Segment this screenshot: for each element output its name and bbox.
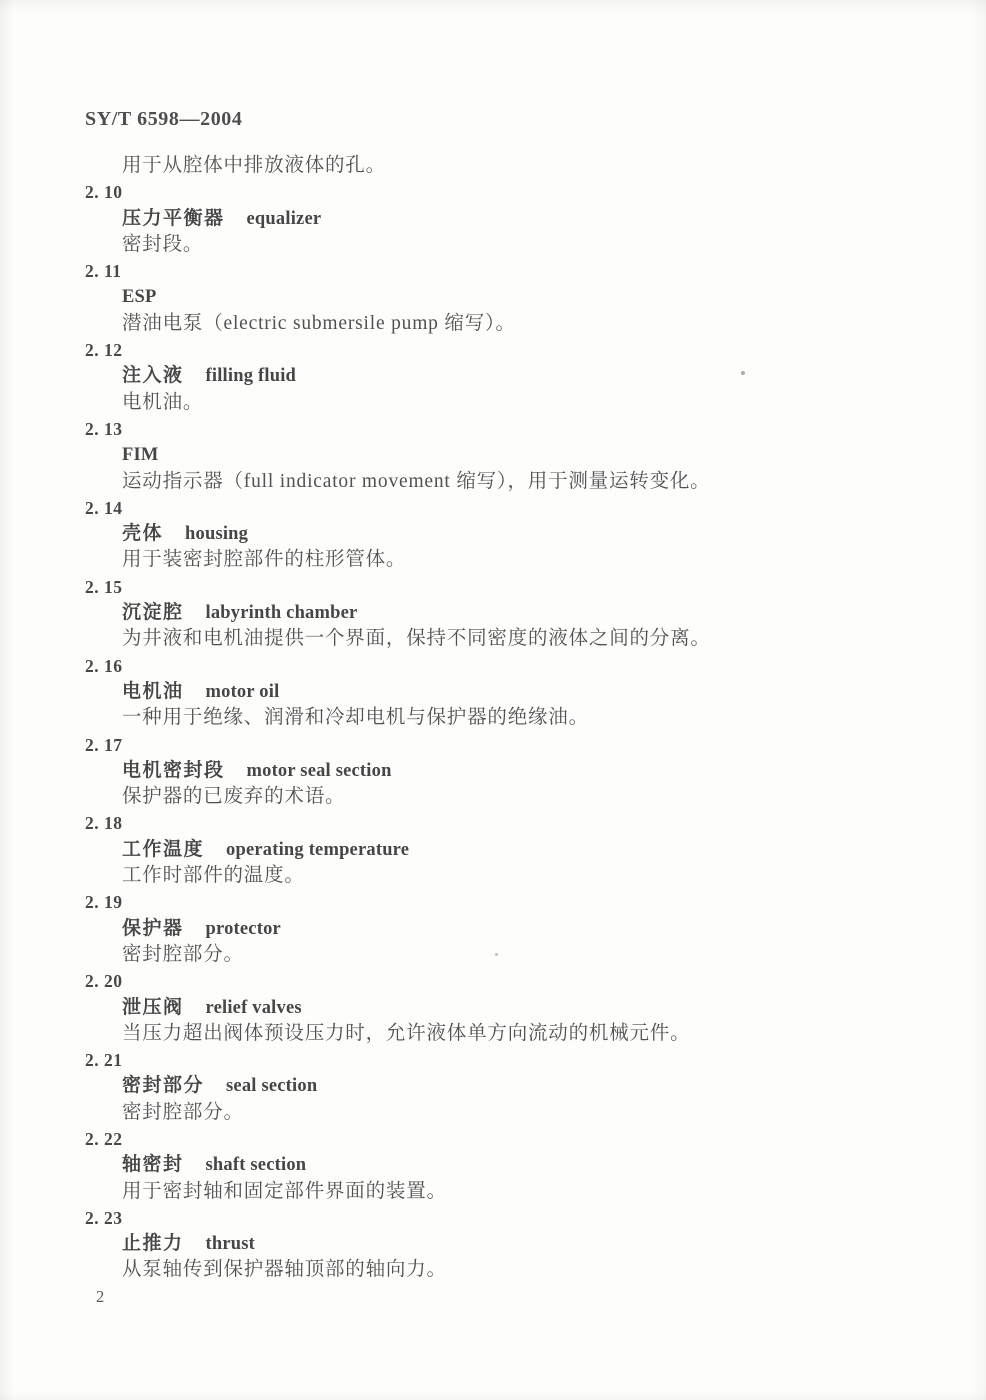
term-definition: 一种用于绝缘、润滑和冷却电机与保护器的绝缘油。 (0, 705, 986, 731)
term-definition: 工作时部件的温度。 (0, 863, 986, 889)
term-english: thrust (206, 1234, 256, 1254)
term-definition: 为井液和电机油提供一个界面，保持不同密度的液体之间的分离。 (0, 626, 986, 652)
term-line: 泄压阀relief valves (0, 995, 986, 1021)
term-line: 密封部分seal section (0, 1073, 986, 1099)
term-definition: 电机油。 (0, 390, 986, 416)
term-definition: 密封段。 (0, 232, 986, 258)
term-english: ESP (122, 287, 157, 307)
document-page: SY/T 6598—2004 用于从腔体中排放液体的孔。 2. 10 压力平衡器… (0, 0, 986, 1400)
section-number: 2. 19 (0, 889, 986, 915)
term-english: protector (206, 919, 281, 939)
term-definition: 运动指示器（full indicator movement 缩写），用于测量运转… (0, 469, 986, 495)
term-english: equalizer (247, 209, 322, 229)
carryover-definition: 用于从腔体中排放液体的孔。 (0, 153, 986, 179)
section-number: 2. 13 (0, 416, 986, 442)
term-english: FIM (122, 445, 159, 465)
term-definition: 密封腔部分。 (0, 1100, 986, 1126)
term-english: operating temperature (226, 840, 409, 860)
page-number: 2 (96, 1287, 104, 1307)
term-line: 电机油motor oil (0, 679, 986, 705)
term-english: motor oil (206, 682, 280, 702)
term-line: 注入液filling fluid (0, 363, 986, 389)
term-chinese: 沉淀腔 (122, 602, 184, 623)
term-line: 压力平衡器equalizer (0, 206, 986, 232)
term-definition: 密封腔部分。 (0, 942, 986, 968)
term-english: shaft section (206, 1155, 307, 1175)
term-line: 工作温度operating temperature (0, 837, 986, 863)
term-definition: 当压力超出阀体预设压力时，允许液体单方向流动的机械元件。 (0, 1021, 986, 1047)
term-english: motor seal section (247, 761, 392, 781)
section-number: 2. 10 (0, 179, 986, 205)
term-definition: 潜油电泵（electric submersile pump 缩写）。 (0, 311, 986, 337)
section-number: 2. 21 (0, 1047, 986, 1073)
term-line: 轴密封shaft section (0, 1152, 986, 1178)
section-number: 2. 23 (0, 1205, 986, 1231)
term-definition: 用于密封轴和固定部件界面的装置。 (0, 1179, 986, 1205)
term-line: 保护器protector (0, 916, 986, 942)
term-chinese: 保护器 (122, 918, 184, 939)
term-line: ESP (0, 284, 986, 310)
term-chinese: 注入液 (122, 365, 184, 386)
section-number: 2. 22 (0, 1126, 986, 1152)
term-chinese: 电机油 (122, 681, 184, 702)
term-chinese: 壳体 (122, 523, 163, 544)
term-chinese: 止推力 (122, 1233, 184, 1254)
section-number: 2. 14 (0, 495, 986, 521)
term-chinese: 轴密封 (122, 1154, 184, 1175)
terms-list: 用于从腔体中排放液体的孔。 2. 10 压力平衡器equalizer 密封段。 … (0, 153, 986, 1284)
scan-artifact-dot (495, 953, 498, 956)
section-number: 2. 15 (0, 574, 986, 600)
term-english: relief valves (206, 998, 302, 1018)
section-number: 2. 18 (0, 810, 986, 836)
term-line: 沉淀腔labyrinth chamber (0, 600, 986, 626)
term-english: housing (185, 524, 248, 544)
term-definition: 从泵轴传到保护器轴顶部的轴向力。 (0, 1257, 986, 1283)
standard-number-header: SY/T 6598—2004 (85, 108, 243, 131)
scan-artifact-dot (741, 371, 745, 375)
term-chinese: 压力平衡器 (122, 208, 225, 229)
term-line: 壳体housing (0, 521, 986, 547)
term-english: seal section (226, 1076, 317, 1096)
term-chinese: 工作温度 (122, 839, 204, 860)
section-number: 2. 17 (0, 732, 986, 758)
term-english: labyrinth chamber (206, 603, 358, 623)
term-line: 电机密封段motor seal section (0, 758, 986, 784)
term-definition: 保护器的已废弃的术语。 (0, 784, 986, 810)
term-english: filling fluid (206, 366, 297, 386)
term-line: 止推力thrust (0, 1231, 986, 1257)
section-number: 2. 12 (0, 337, 986, 363)
term-chinese: 泄压阀 (122, 997, 184, 1018)
section-number: 2. 11 (0, 258, 986, 284)
term-definition: 用于装密封腔部件的柱形管体。 (0, 547, 986, 573)
term-chinese: 密封部分 (122, 1075, 204, 1096)
section-number: 2. 16 (0, 653, 986, 679)
term-line: FIM (0, 442, 986, 468)
term-chinese: 电机密封段 (122, 760, 225, 781)
section-number: 2. 20 (0, 968, 986, 994)
